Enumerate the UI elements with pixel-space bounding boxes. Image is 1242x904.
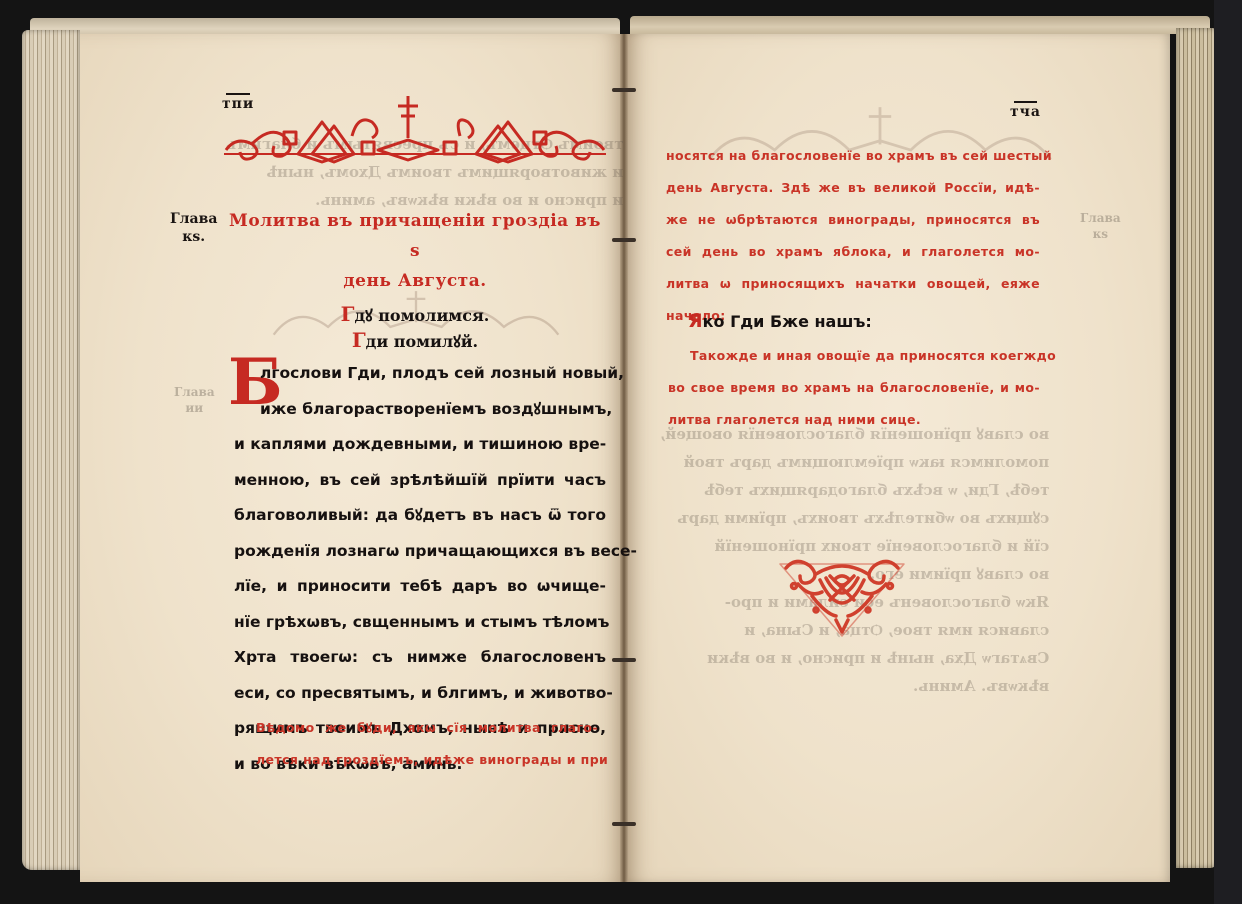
headpiece-ornament-icon <box>222 96 608 168</box>
right-page-top-edge <box>630 16 1210 34</box>
litany-line-2: Гди помилꙋй. <box>226 328 604 352</box>
binding-stitch <box>612 822 636 826</box>
chapter-margin-note: Глава кѕ. <box>170 210 217 246</box>
book-cover-edge <box>1214 0 1242 904</box>
rubric-note-right-bottom: Такожде и иная овощїе да приносятся коег… <box>668 340 1040 436</box>
chapter-margin-note-bleed: Глава ии <box>174 384 215 416</box>
binding-stitch <box>612 88 636 92</box>
binding-stitch <box>612 658 636 662</box>
rubric-note-right-top: носятся на благословенїе во храмъ въ сей… <box>666 140 1040 332</box>
prayer-title: Молитва въ причащеніи гроздіа въ ѕ день … <box>226 206 604 296</box>
exclamation-line: Яко Гди Бже нашъ: <box>688 310 872 332</box>
binding-stitch <box>612 238 636 242</box>
tailpiece-ornament-icon <box>776 556 908 638</box>
litany-line-1: Гдꙋ помолимся. <box>226 302 604 326</box>
rubric-note-left: Вѣдомо же бꙋди, якѡ сїя молитва глаго- л… <box>256 712 598 776</box>
folio-number-right: тча <box>1010 104 1041 120</box>
chapter-margin-note-bleed-right: Глава кѕ <box>1080 210 1121 242</box>
left-fore-edge-page-stack <box>22 30 80 870</box>
open-book: твоимъ Ѻтцемъ, и съ пресвятымъ и благимъ… <box>0 0 1242 904</box>
right-fore-edge-page-stack <box>1176 28 1218 868</box>
